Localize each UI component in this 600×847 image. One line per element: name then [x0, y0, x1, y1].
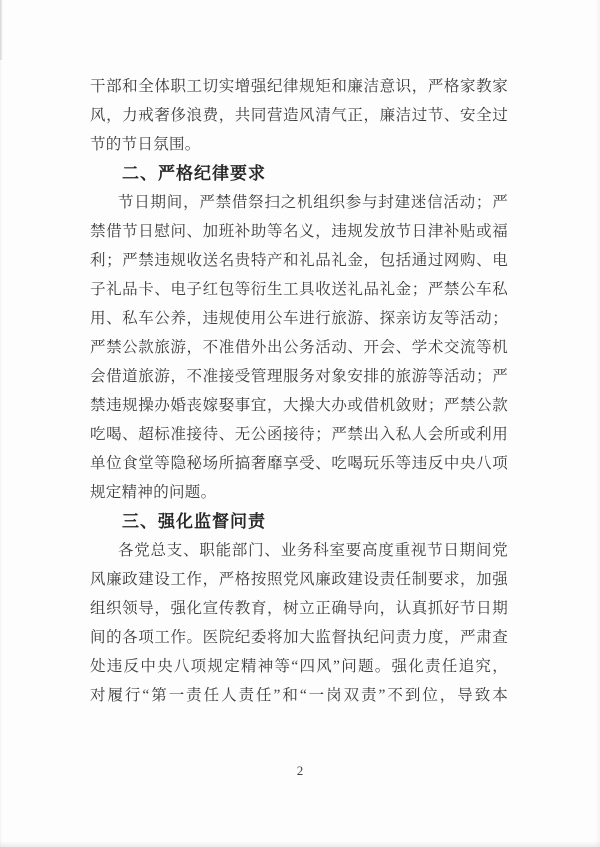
- section-heading: 三、强化监督问责: [90, 507, 508, 536]
- text-line: 各党总支、职能部门、业务科室要高度重视节日期间党: [90, 536, 508, 565]
- text-line: 会借道旅游，不准接受管理服务对象安排的旅游等活动；严: [90, 362, 508, 391]
- page-number: 2: [0, 761, 600, 781]
- text-line: 严禁公款旅游，不准借外出公务活动、开会、学术交流等机: [90, 333, 508, 362]
- text-line: 节的节日氛围。: [90, 130, 508, 159]
- text-line: 子礼品卡、电子红包等衍生工具收送礼品礼金；严禁公车私: [90, 275, 508, 304]
- text-line: 吃喝、超标准接待、无公函接待；严禁出入私人会所或利用: [90, 420, 508, 449]
- text-line: 禁违规操办婚丧嫁娶事宜，大操大办或借机敛财；严禁公款: [90, 391, 508, 420]
- scanned-document-page: 干部和全体职工切实增强纪律规矩和廉洁意识，严格家教家 风，力戒奢侈浪费，共同营造…: [0, 0, 600, 847]
- scan-edge-bottom: [0, 841, 600, 847]
- text-line: 干部和全体职工切实增强纪律规矩和廉洁意识，严格家教家: [90, 72, 508, 101]
- text-line: 对履行“第一责任人责任”和“一岗双责”不到位，导致本: [90, 681, 508, 710]
- scan-edge-right: [595, 0, 600, 847]
- scan-edge-left: [0, 0, 2, 847]
- text-line: 风，力戒奢侈浪费，共同营造风清气正，廉洁过节、安全过: [90, 101, 508, 130]
- text-line: 禁借节日慰问、加班补助等名义，违规发放节日津补贴或福: [90, 217, 508, 246]
- text-line: 组织领导，强化宣传教育，树立正确导向，认真抓好节日期: [90, 594, 508, 623]
- scan-edge-left-top: [0, 0, 3, 60]
- text-line: 处违反中央八项规定精神等“四风”问题。强化责任追究，: [90, 652, 508, 681]
- text-line: 间的各项工作。医院纪委将加大监督执纪问责力度，严肃查: [90, 623, 508, 652]
- text-line: 单位食堂等隐秘场所搞奢靡享受、吃喝玩乐等违反中央八项: [90, 449, 508, 478]
- text-line: 风廉政建设工作，严格按照党风廉政建设责任制要求，加强: [90, 565, 508, 594]
- text-line: 利；严禁违规收送名贵特产和礼品礼金，包括通过网购、电: [90, 246, 508, 275]
- text-line: 用、私车公养，违规使用公车进行旅游、探亲访友等活动；: [90, 304, 508, 333]
- section-heading: 二、严格纪律要求: [90, 159, 508, 188]
- text-line: 规定精神的问题。: [90, 478, 508, 507]
- document-body: 干部和全体职工切实增强纪律规矩和廉洁意识，严格家教家 风，力戒奢侈浪费，共同营造…: [90, 72, 508, 710]
- text-line: 节日期间，严禁借祭扫之机组织参与封建迷信活动；严: [90, 188, 508, 217]
